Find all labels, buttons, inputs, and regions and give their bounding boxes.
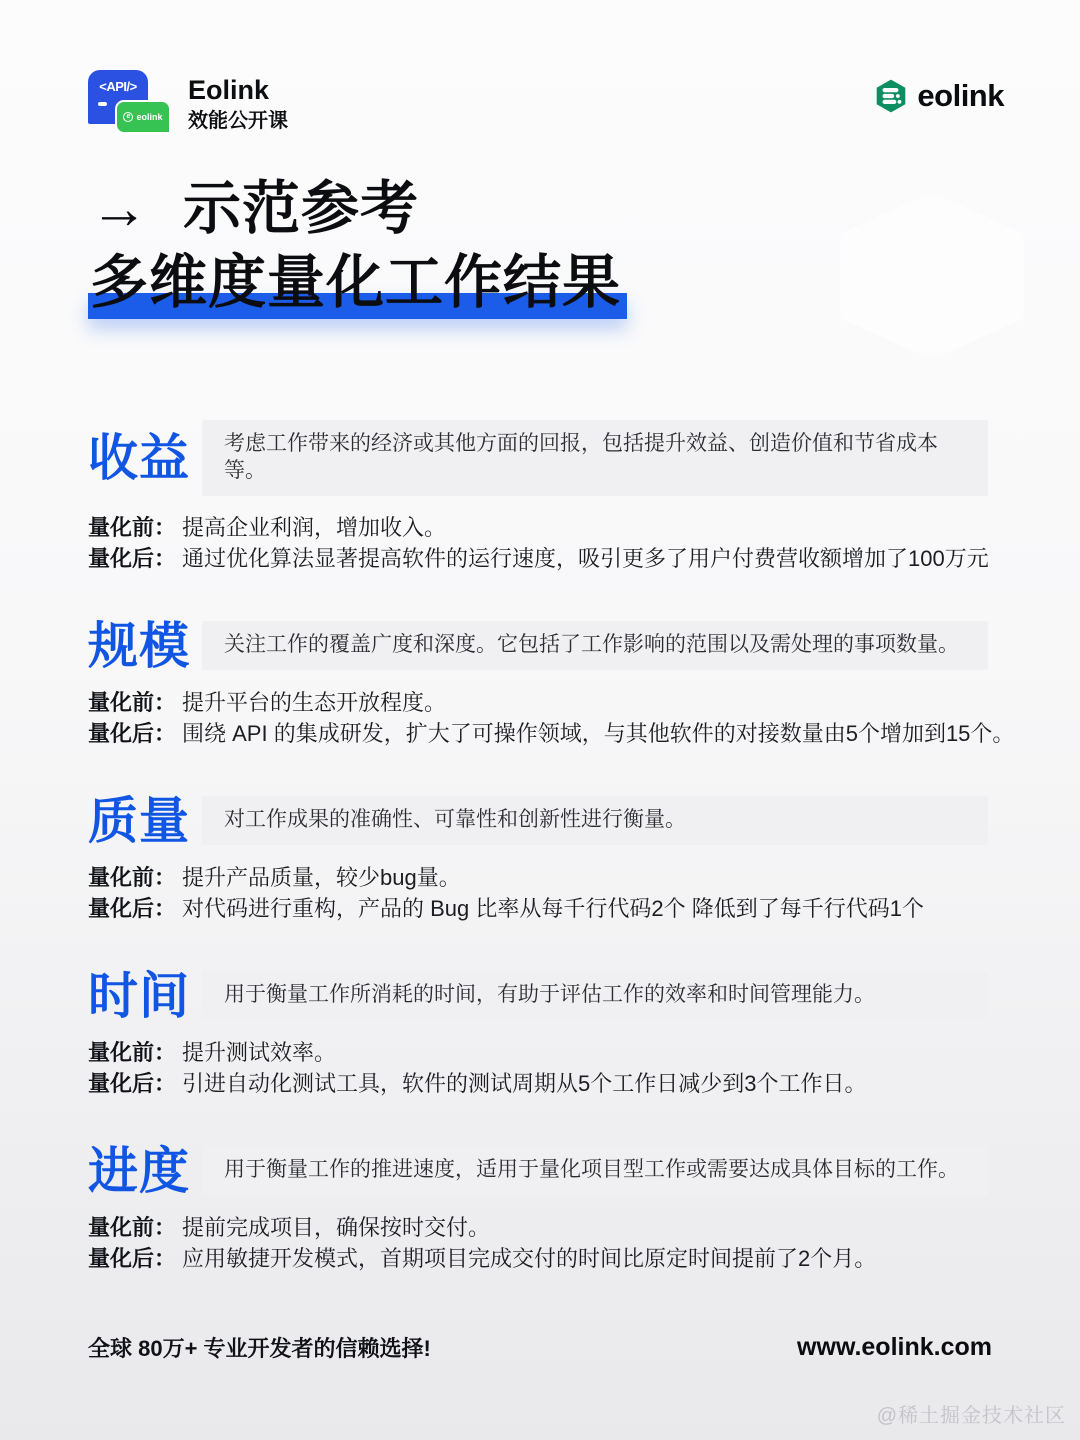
brand-text: Eolink 效能公开课 <box>188 75 288 132</box>
section-title: 规模 <box>88 621 202 671</box>
quantify-lines: 量化前：提升产品质量，较少bug量。 量化后：对代码进行重构，产品的 Bug 比… <box>88 862 988 924</box>
before-text: 提升测试效率。 <box>182 1040 336 1065</box>
section-description: 关注工作的覆盖广度和深度。它包括了工作影响的范围以及需处理的事项数量。 <box>202 621 988 670</box>
section-head: 时间 用于衡量工作所消耗的时间，有助于评估工作的效率和时间管理能力。 <box>88 971 988 1021</box>
section-head: 进度 用于衡量工作的推进速度，适用于量化项目型工作或需要达成具体目标的工作。 <box>88 1146 988 1196</box>
before-label: 量化前： <box>88 515 176 540</box>
section-time: 时间 用于衡量工作所消耗的时间，有助于评估工作的效率和时间管理能力。 量化前：提… <box>88 971 988 1099</box>
section-title: 进度 <box>88 1146 202 1196</box>
top-bar: <API/> e eolink Eolink 效能公开课 <box>88 70 1004 138</box>
before-line: 量化前：提前完成项目，确保按时交付。 <box>88 1212 988 1243</box>
community-watermark: @稀土掘金技术社区 <box>877 1399 1066 1428</box>
before-text: 提升产品质量，较少bug量。 <box>182 865 461 890</box>
section-title: 时间 <box>88 971 202 1021</box>
before-label: 量化前： <box>88 865 176 890</box>
after-label: 量化后： <box>88 896 176 921</box>
before-line: 量化前：提升产品质量，较少bug量。 <box>88 862 988 893</box>
after-text: 对代码进行重构，产品的 Bug 比率从每千行代码2个 降低到了每千行代码1个 <box>182 896 924 921</box>
section-description: 对工作成果的准确性、可靠性和创新性进行衡量。 <box>202 796 988 845</box>
footer: 全球 80万+ 专业开发者的信赖选择! www.eolink.com <box>88 1332 992 1363</box>
brand-name: Eolink <box>188 75 288 106</box>
eolink-hexagon-icon <box>873 78 909 114</box>
after-line: 量化后：应用敏捷开发模式，首期项目完成交付的时间比原定时间提前了2个月。 <box>88 1243 988 1274</box>
after-label: 量化后： <box>88 546 176 571</box>
section-description: 考虑工作带来的经济或其他方面的回报，包括提升效益、创造价值和节省成本等。 <box>202 420 988 496</box>
before-line: 量化前：提高企业利润，增加收入。 <box>88 512 988 543</box>
before-label: 量化前： <box>88 1040 176 1065</box>
eolink-speech-bubble-icon: e eolink <box>115 100 171 134</box>
before-line: 量化前：提升平台的生态开放程度。 <box>88 687 988 718</box>
after-label: 量化后： <box>88 1246 176 1271</box>
section-scale: 规模 关注工作的覆盖广度和深度。它包括了工作影响的范围以及需处理的事项数量。 量… <box>88 621 988 749</box>
before-text: 提前完成项目，确保按时交付。 <box>182 1215 490 1240</box>
section-description: 用于衡量工作所消耗的时间，有助于评估工作的效率和时间管理能力。 <box>202 971 988 1020</box>
eolink-api-bubbles-icon: <API/> e eolink <box>88 70 172 138</box>
after-label: 量化后： <box>88 721 176 746</box>
section-title: 收益 <box>88 433 202 483</box>
section-title: 质量 <box>88 796 202 846</box>
after-text: 引进自动化测试工具，软件的测试周期从5个工作日减少到3个工作日。 <box>182 1071 866 1096</box>
bubble-eolink-label: eolink <box>136 112 162 122</box>
before-text: 提升平台的生态开放程度。 <box>182 690 446 715</box>
eolink-logo-text: eolink <box>917 78 1004 114</box>
title-line-1: →示范参考 <box>90 172 621 246</box>
sections: 收益 考虑工作带来的经济或其他方面的回报，包括提升效益、创造价值和节省成本等。 … <box>88 420 988 1321</box>
eolink-logo: eolink <box>873 78 1004 114</box>
circled-e-icon: e <box>123 112 133 122</box>
before-label: 量化前： <box>88 1215 176 1240</box>
after-line: 量化后：围绕 API 的集成研发，扩大了可操作领域，与其他软件的对接数量由5个增… <box>88 718 988 749</box>
after-text: 通过优化算法显著提高软件的运行速度，吸引更多了用户付费营收额增加了100万元 <box>182 546 989 571</box>
section-description: 用于衡量工作的推进速度，适用于量化项目型工作或需要达成具体目标的工作。 <box>202 1146 988 1195</box>
after-text: 应用敏捷开发模式，首期项目完成交付的时间比原定时间提前了2个月。 <box>182 1246 876 1271</box>
section-head: 质量 对工作成果的准确性、可靠性和创新性进行衡量。 <box>88 796 988 846</box>
before-text: 提高企业利润，增加收入。 <box>182 515 446 540</box>
poster-page: <API/> e eolink Eolink 效能公开课 <box>0 0 1080 1440</box>
title-block: →示范参考 多维度量化工作结果 <box>90 172 621 320</box>
after-line: 量化后：引进自动化测试工具，软件的测试周期从5个工作日减少到3个工作日。 <box>88 1068 988 1099</box>
api-badge-label: <API/> <box>88 79 148 94</box>
section-revenue: 收益 考虑工作带来的经济或其他方面的回报，包括提升效益、创造价值和节省成本等。 … <box>88 420 988 574</box>
quantify-lines: 量化前：提前完成项目，确保按时交付。 量化后：应用敏捷开发模式，首期项目完成交付… <box>88 1212 988 1274</box>
brand-left: <API/> e eolink Eolink 效能公开课 <box>88 70 288 138</box>
before-label: 量化前： <box>88 690 176 715</box>
brand-subtitle: 效能公开课 <box>188 110 288 133</box>
quantify-lines: 量化前：提升测试效率。 量化后：引进自动化测试工具，软件的测试周期从5个工作日减… <box>88 1037 988 1099</box>
quantify-lines: 量化前：提高企业利润，增加收入。 量化后：通过优化算法显著提高软件的运行速度，吸… <box>88 512 988 574</box>
after-label: 量化后： <box>88 1071 176 1096</box>
before-line: 量化前：提升测试效率。 <box>88 1037 988 1068</box>
title-line-2: 多维度量化工作结果 <box>90 246 621 320</box>
after-line: 量化后：对代码进行重构，产品的 Bug 比率从每千行代码2个 降低到了每千行代码… <box>88 893 988 924</box>
after-line: 量化后：通过优化算法显著提高软件的运行速度，吸引更多了用户付费营收额增加了100… <box>88 543 988 574</box>
arrow-icon: → <box>90 172 149 246</box>
title-text-1: 示范参考 <box>183 176 419 241</box>
after-text: 围绕 API 的集成研发，扩大了可操作领域，与其他软件的对接数量由5个增加到15… <box>182 721 1014 746</box>
background-hexagon-watermark <box>832 192 1032 360</box>
title-text-2: 多维度量化工作结果 <box>90 246 621 320</box>
footer-website-url: www.eolink.com <box>797 1333 992 1362</box>
section-quality: 质量 对工作成果的准确性、可靠性和创新性进行衡量。 量化前：提升产品质量，较少b… <box>88 796 988 924</box>
section-head: 收益 考虑工作带来的经济或其他方面的回报，包括提升效益、创造价值和节省成本等。 <box>88 420 988 496</box>
footer-tagline: 全球 80万+ 专业开发者的信赖选择! <box>88 1332 431 1363</box>
section-progress: 进度 用于衡量工作的推进速度，适用于量化项目型工作或需要达成具体目标的工作。 量… <box>88 1146 988 1274</box>
quantify-lines: 量化前：提升平台的生态开放程度。 量化后：围绕 API 的集成研发，扩大了可操作… <box>88 687 988 749</box>
dash-icon <box>98 102 107 106</box>
section-head: 规模 关注工作的覆盖广度和深度。它包括了工作影响的范围以及需处理的事项数量。 <box>88 621 988 671</box>
